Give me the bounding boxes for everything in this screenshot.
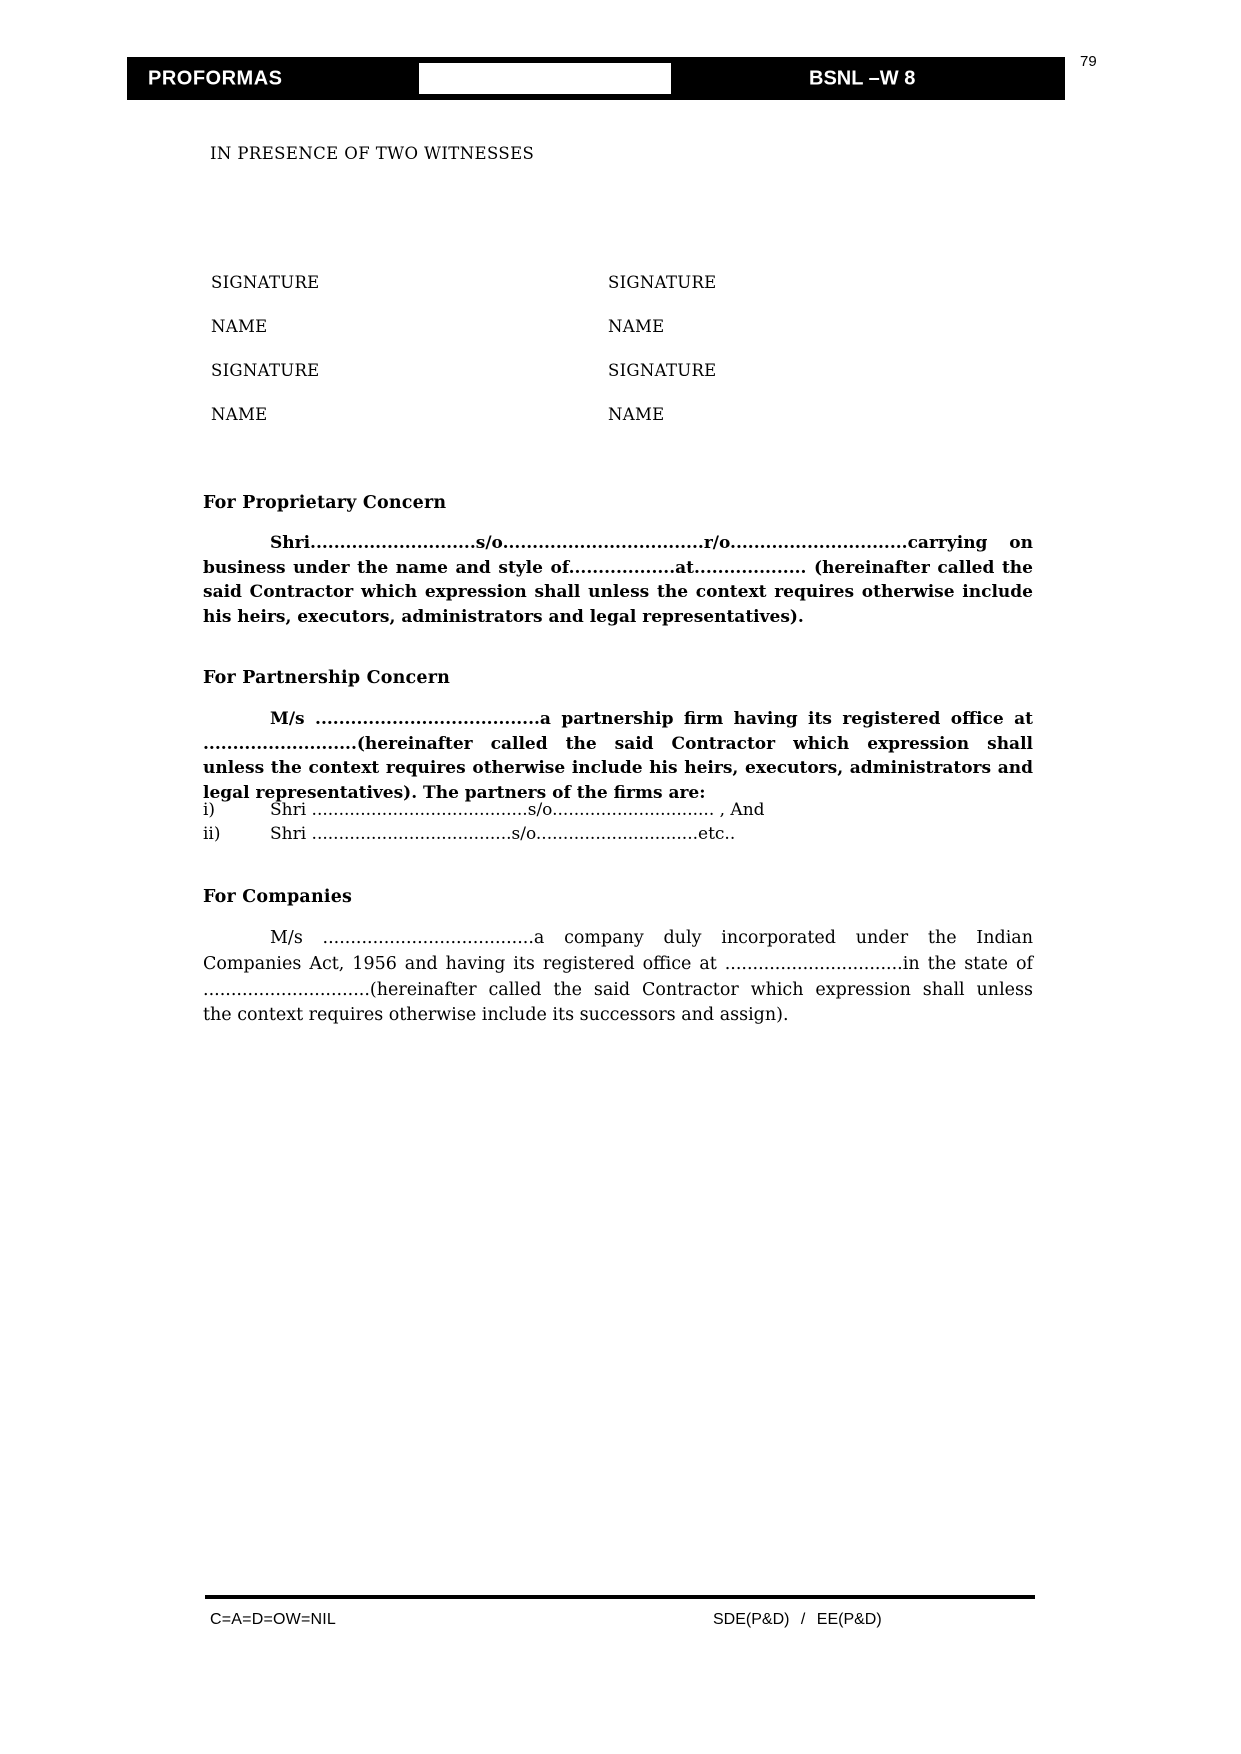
header-title-bsnl: BSNL –W 8	[809, 67, 915, 90]
signature-label-right-2: SIGNATURE	[608, 361, 717, 405]
name-label-left-1: NAME	[211, 317, 608, 361]
partnership-line: M/s ....................................…	[203, 707, 1033, 732]
companies-line: the context requires otherwise include i…	[203, 1003, 1033, 1029]
footer-rule	[205, 1595, 1035, 1599]
name-label-left-2: NAME	[211, 405, 608, 449]
partnership-line: ..........................(hereinafter c…	[203, 732, 1033, 757]
partnership-heading: For Partnership Concern	[203, 668, 1033, 688]
companies-line: M/s ....................................…	[203, 926, 1033, 952]
proprietary-paragraph: Shri............................s/o.....…	[203, 531, 1033, 630]
signature-label-right-1: SIGNATURE	[608, 273, 717, 317]
footer-left-text: C=A=D=OW=NIL	[210, 1611, 336, 1629]
partner-item-marker: ii)	[203, 822, 270, 846]
header-title-proformas: PROFORMAS	[148, 67, 283, 90]
companies-line: Companies Act, 1956 and having its regis…	[203, 952, 1033, 978]
signature-label-left-2: SIGNATURE	[211, 361, 608, 405]
partner-item-text: Shri ...................................…	[270, 798, 765, 822]
document-page: PROFORMAS BSNL –W 8 79 IN PRESENCE OF TW…	[0, 0, 1241, 1754]
partnership-partner-list: i) Shri ................................…	[203, 798, 1033, 847]
companies-heading: For Companies	[203, 887, 1033, 907]
partner-item: ii) Shri ...............................…	[203, 822, 1033, 846]
name-label-right-1: NAME	[608, 317, 717, 361]
page-number: 79	[1080, 53, 1097, 70]
name-label-right-2: NAME	[608, 405, 717, 449]
partnership-line: unless the context requires otherwise in…	[203, 756, 1033, 781]
proprietary-heading: For Proprietary Concern	[203, 493, 1033, 513]
partner-item-text: Shri ...................................…	[270, 822, 735, 846]
companies-line: ..............................(hereinaft…	[203, 978, 1033, 1004]
proprietary-line: business under the name and style of....…	[203, 556, 1033, 581]
proprietary-line: Shri............................s/o.....…	[203, 531, 1033, 556]
partner-item-marker: i)	[203, 798, 270, 822]
partnership-paragraph: M/s ....................................…	[203, 707, 1033, 806]
signature-label-left-1: SIGNATURE	[211, 273, 608, 317]
companies-paragraph: M/s ....................................…	[203, 926, 1033, 1029]
signature-block: SIGNATURE SIGNATURE NAME NAME SIGNATURE …	[211, 273, 717, 449]
witness-heading: IN PRESENCE OF TWO WITNESSES	[210, 144, 534, 163]
partner-item: i) Shri ................................…	[203, 798, 1033, 822]
proprietary-line: said Contractor which expression shall u…	[203, 580, 1033, 605]
header-blank-box	[419, 63, 671, 94]
header-bar: PROFORMAS BSNL –W 8	[127, 57, 1065, 100]
footer-right-text: SDE(P&D) / EE(P&D)	[713, 1611, 882, 1629]
proprietary-line: his heirs, executors, administrators and…	[203, 605, 1033, 630]
